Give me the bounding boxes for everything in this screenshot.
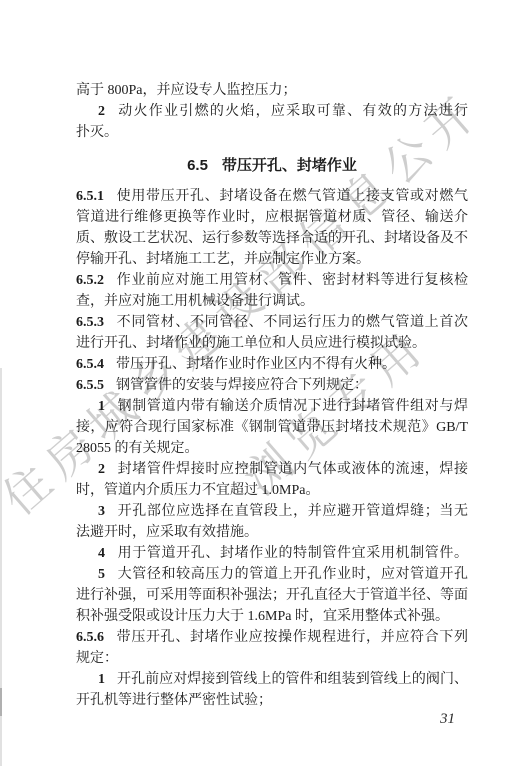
line-text: 扑灭。	[76, 125, 118, 140]
clause-number: 6.5.5	[76, 378, 104, 393]
line-text: 进行补强，可采用等面积补强法；开孔直径大于管道半径、等面	[76, 588, 468, 603]
text-line: 扑灭。	[76, 122, 468, 143]
clause-number: 5	[98, 567, 105, 582]
text-line: 28055 的有关规定。	[76, 438, 468, 459]
line-text: 不同管材、不同管径、不同运行压力的燃气管道上首次	[116, 315, 468, 330]
clause-number: 4	[98, 546, 105, 561]
line-text: 使用带压开孔、封堵设备在燃气管道上接支管或对燃气	[116, 189, 468, 204]
clause-number: 2	[98, 462, 105, 477]
line-text: 动火作业引燃的火焰，应采取可靠、有效的方法进行	[117, 104, 468, 119]
text-line: 3开孔部位应选择在直管段上，并应避开管道焊缝；当无	[76, 501, 468, 522]
line-text: 查，并应对施工用机械设备进行调试。	[76, 294, 314, 309]
text-line: 进行补强，可采用等面积补强法；开孔直径大于管道半径、等面	[76, 585, 468, 606]
line-text: 带压开孔、封堵作业时作业区内不得有火种。	[116, 357, 396, 372]
text-line: 6.5.6带压开孔、封堵作业应按操作规程进行，并应符合下列	[76, 627, 468, 648]
text-line: 6.5.1使用带压开孔、封堵设备在燃气管道上接支管或对燃气	[76, 186, 468, 207]
text-line: 积补强受限或设计压力大于 1.6MPa 时，宜采用整体式补强。	[76, 606, 468, 627]
clause-number: 6.5.1	[76, 189, 104, 204]
text-line: 管道进行维修更换等作业时，应根据管道材质、管径、输送介	[76, 207, 468, 228]
text-line: 6.5.5钢管管件的安装与焊接应符合下列规定：	[76, 375, 468, 396]
text-line: 停输开孔、封堵施工工艺，并应制定作业方案。	[76, 249, 468, 270]
text-block: 高于 800Pa，并应设专人监控压力；2动火作业引燃的火焰，应采取可靠、有效的方…	[76, 80, 468, 711]
line-text: 高于 800Pa，并应设专人监控压力；	[76, 83, 297, 98]
text-line: 2动火作业引燃的火焰，应采取可靠、有效的方法进行	[76, 101, 468, 122]
line-text: 法避开时，应采取有效措施。	[76, 525, 258, 540]
line-text: 质、敷设工艺状况、运行参数等选择合适的开孔、封堵设备及不	[76, 231, 468, 246]
text-line: 时，管道内介质压力不宜超过 1.0MPa。	[76, 480, 468, 501]
line-text: 积补强受限或设计压力大于 1.6MPa 时，宜采用整体式补强。	[76, 609, 449, 624]
line-text: 用于管道开孔、封堵作业的特制管件宜采用机制管件。	[117, 546, 468, 561]
line-text: 进行开孔、封堵作业的施工单位和人员应进行模拟试验。	[76, 336, 426, 351]
document-page: 住房城乡建设部信息公开 浏览专用 高于 800Pa，并应设专人监控压力；2动火作…	[0, 0, 529, 766]
clause-number: 1	[98, 399, 105, 414]
clause-number: 1	[98, 672, 105, 687]
section-heading: 6.5带压开孔、封堵作业	[76, 155, 468, 176]
page-number: 31	[440, 711, 455, 728]
clause-number: 2	[98, 104, 105, 119]
line-text: 开孔前应对焊接到管线上的管件和组装到管线上的阀门、	[117, 672, 468, 687]
text-line: 法避开时，应采取有效措施。	[76, 522, 468, 543]
text-line: 质、敷设工艺状况、运行参数等选择合适的开孔、封堵设备及不	[76, 228, 468, 249]
scan-artifact-left-edge-dark	[0, 688, 2, 716]
line-text: 钢制管道内带有输送介质情况下进行封堵管件组对与焊	[117, 399, 468, 414]
text-line: 4用于管道开孔、封堵作业的特制管件宜采用机制管件。	[76, 543, 468, 564]
text-line: 开孔机等进行整体严密性试验；	[76, 690, 468, 711]
line-text: 28055 的有关规定。	[76, 441, 199, 456]
text-line: 进行开孔、封堵作业的施工单位和人员应进行模拟试验。	[76, 333, 468, 354]
text-line: 1钢制管道内带有输送介质情况下进行封堵管件组对与焊	[76, 396, 468, 417]
text-line: 接，应符合现行国家标准《钢制管道带压封堵技术规范》GB/T	[76, 417, 468, 438]
text-line: 高于 800Pa，并应设专人监控压力；	[76, 80, 468, 101]
line-text: 带压开孔、封堵作业	[222, 157, 357, 174]
line-text: 开孔机等进行整体严密性试验；	[76, 693, 272, 708]
line-text: 管道进行维修更换等作业时，应根据管道材质、管径、输送介	[76, 210, 468, 225]
text-line: 6.5.2作业前应对施工用管材、管件、密封材料等进行复核检	[76, 270, 468, 291]
line-text: 规定：	[76, 651, 118, 666]
line-text: 开孔部位应选择在直管段上，并应避开管道焊缝；当无	[117, 504, 468, 519]
clause-number: 6.5.6	[76, 630, 104, 645]
text-line: 1开孔前应对焊接到管线上的管件和组装到管线上的阀门、	[76, 669, 468, 690]
line-text: 时，管道内介质压力不宜超过 1.0MPa。	[76, 483, 319, 498]
text-line: 6.5.4带压开孔、封堵作业时作业区内不得有火种。	[76, 354, 468, 375]
clause-number: 6.5	[187, 157, 208, 174]
text-line: 5大管径和较高压力的管道上开孔作业时，应对管道开孔	[76, 564, 468, 585]
line-text: 钢管管件的安装与焊接应符合下列规定：	[116, 378, 368, 393]
clause-number: 6.5.2	[76, 273, 104, 288]
clause-number: 6.5.4	[76, 357, 104, 372]
text-line: 2封堵管件焊接时应控制管道内气体或液体的流速，焊接	[76, 459, 468, 480]
text-line: 规定：	[76, 648, 468, 669]
line-text: 停输开孔、封堵施工工艺，并应制定作业方案。	[76, 252, 370, 267]
clause-number: 6.5.3	[76, 315, 104, 330]
line-text: 带压开孔、封堵作业应按操作规程进行，并应符合下列	[116, 630, 468, 645]
line-text: 封堵管件焊接时应控制管道内气体或液体的流速，焊接	[117, 462, 468, 477]
line-text: 大管径和较高压力的管道上开孔作业时，应对管道开孔	[117, 567, 468, 582]
clause-number: 3	[98, 504, 105, 519]
line-text: 作业前应对施工用管材、管件、密封材料等进行复核检	[116, 273, 468, 288]
text-line: 6.5.3不同管材、不同管径、不同运行压力的燃气管道上首次	[76, 312, 468, 333]
line-text: 接，应符合现行国家标准《钢制管道带压封堵技术规范》GB/T	[76, 420, 468, 435]
text-line: 查，并应对施工用机械设备进行调试。	[76, 291, 468, 312]
